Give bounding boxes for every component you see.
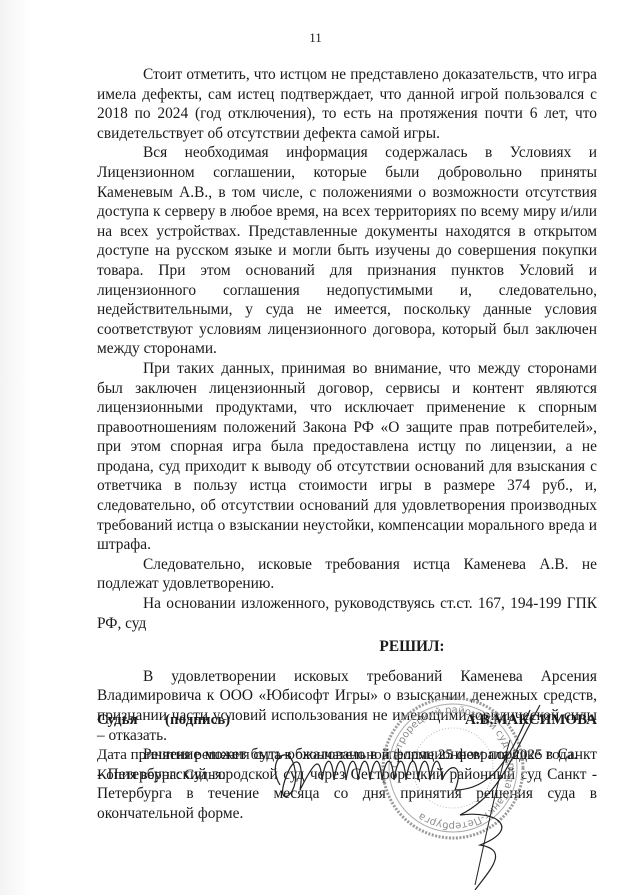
judge-label: Судья xyxy=(97,712,138,729)
paragraph-defects: Стоит отметить, что истцом не представле… xyxy=(97,65,597,143)
paragraph-claims-rejected: Следовательно, исковые требования истца … xyxy=(97,555,597,594)
signature-label: (подпись) xyxy=(165,712,230,729)
copy-certification: Копия верна: Судья: xyxy=(97,767,226,784)
scan-edge-shading xyxy=(0,0,30,895)
paragraph-conclusion: При таких данных, принимая во внимание, … xyxy=(97,359,597,555)
paragraph-license-info: Вся необходимая информация содержалась в… xyxy=(97,143,597,359)
page-number: 11 xyxy=(0,30,631,46)
decision-heading: РЕШИЛ: xyxy=(227,637,597,657)
decision-date: Дата принятия решения суда в окончательн… xyxy=(97,747,577,764)
judge-name: А.В.МАКСИМОВА xyxy=(465,712,597,729)
paragraph-legal-basis: На основании изложенного, руководствуясь… xyxy=(97,594,597,633)
